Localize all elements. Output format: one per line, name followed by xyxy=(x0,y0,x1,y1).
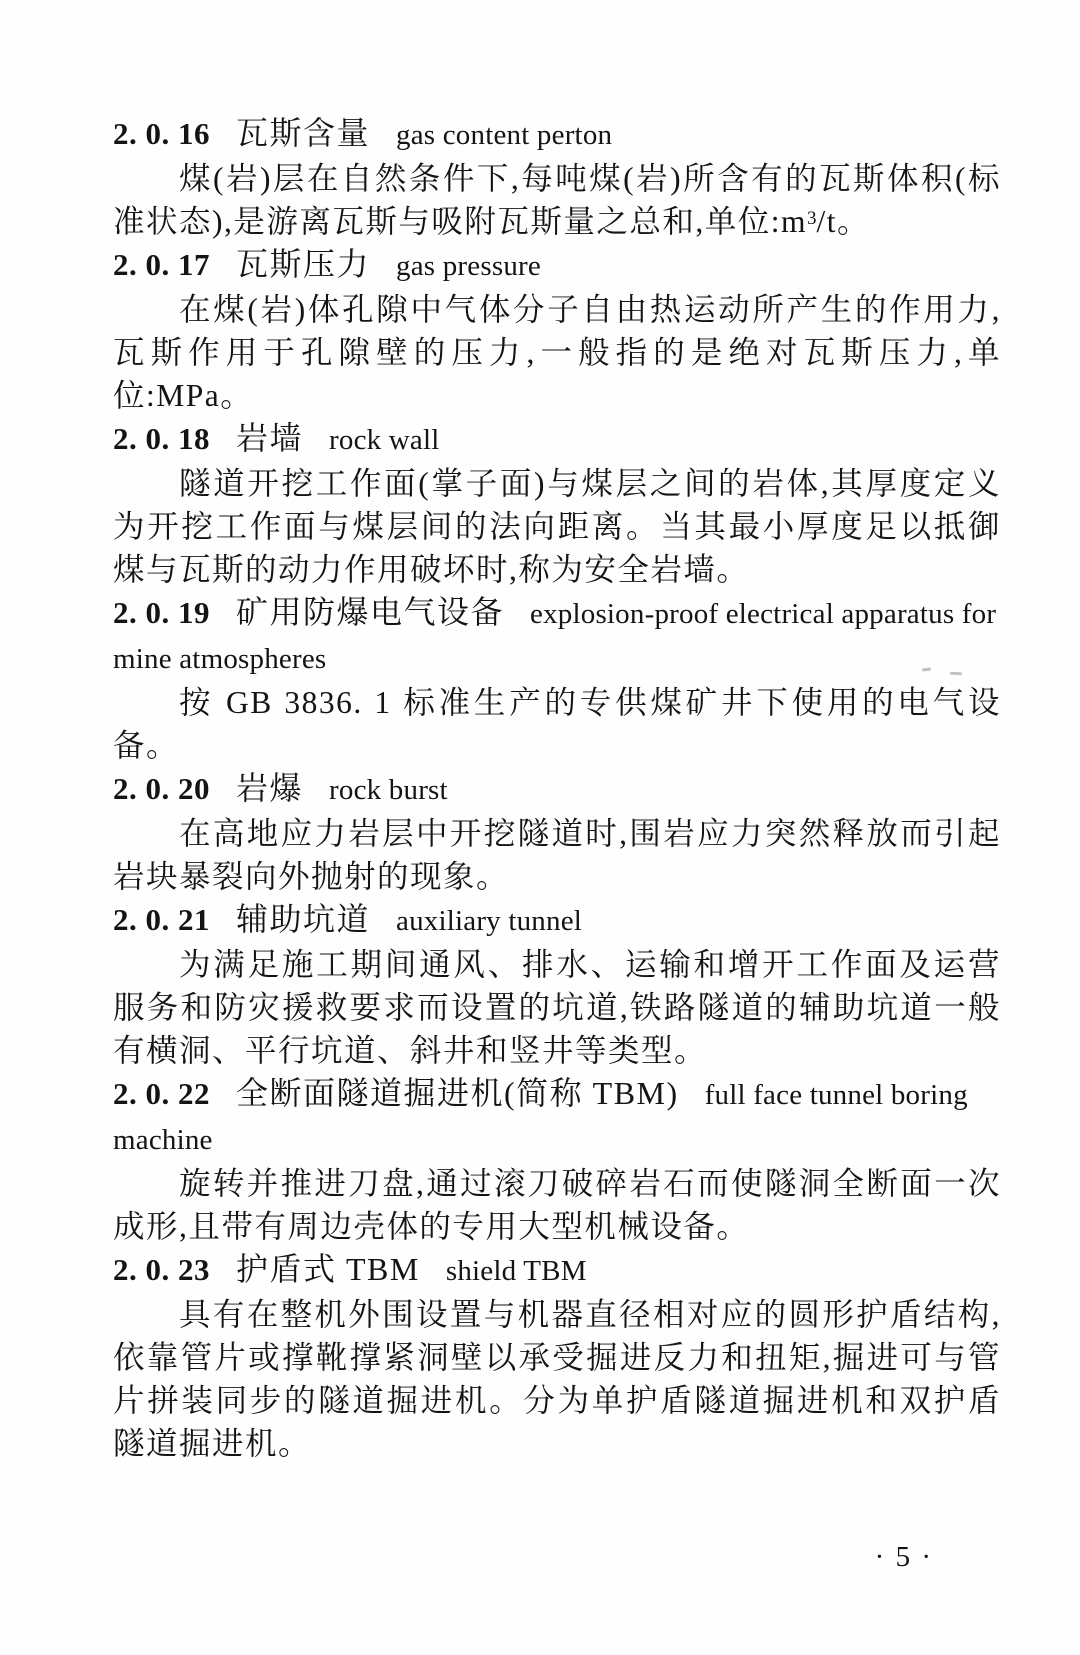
term-number: 2. 0. 17 xyxy=(113,247,210,282)
term-chinese: 矿用防爆电气设备 xyxy=(236,594,504,630)
term-heading: 2. 0. 18岩墙rock wall xyxy=(113,417,1001,462)
definition-text-tail: /t。 xyxy=(817,204,871,239)
term-entry-2-0-21: 2. 0. 21辅助坑道auxiliary tunnel 为满足施工期间通风、排… xyxy=(113,898,1001,1072)
term-chinese: 岩爆 xyxy=(236,770,303,806)
term-entry-2-0-19: 2. 0. 19矿用防爆电气设备explosion-proof electric… xyxy=(113,591,1001,767)
term-entry-2-0-23: 2. 0. 23护盾式 TBMshield TBM 具有在整机外围设置与机器直径… xyxy=(113,1248,1001,1465)
term-chinese: 辅助坑道 xyxy=(236,901,370,937)
term-number: 2. 0. 21 xyxy=(113,902,210,937)
term-number: 2. 0. 23 xyxy=(113,1252,210,1287)
term-chinese: 岩墙 xyxy=(236,420,303,456)
document-page: 2. 0. 16瓦斯含量gas content perton 煤(岩)层在自然条… xyxy=(0,0,1080,1655)
term-number: 2. 0. 20 xyxy=(113,771,210,806)
term-chinese: 护盾式 TBM xyxy=(236,1251,420,1287)
term-number: 2. 0. 18 xyxy=(113,421,210,456)
term-chinese: 全断面隧道掘进机(简称 TBM) xyxy=(236,1075,679,1111)
term-english: rock wall xyxy=(329,424,440,456)
term-english: rock burst xyxy=(329,774,448,806)
term-heading: 2. 0. 20岩爆rock burst xyxy=(113,767,1001,812)
term-entry-2-0-20: 2. 0. 20岩爆rock burst 在高地应力岩层中开挖隧道时,围岩应力突… xyxy=(113,767,1001,898)
term-number: 2. 0. 22 xyxy=(113,1076,210,1111)
term-chinese: 瓦斯含量 xyxy=(236,115,370,151)
term-heading: 2. 0. 16瓦斯含量gas content perton xyxy=(113,112,1001,157)
term-definition: 煤(岩)层在自然条件下,每吨煤(岩)所含有的瓦斯体积(标准状态),是游离瓦斯与吸… xyxy=(113,157,1001,243)
term-heading: 2. 0. 23护盾式 TBMshield TBM xyxy=(113,1248,1001,1293)
term-number: 2. 0. 19 xyxy=(113,595,210,630)
term-number: 2. 0. 16 xyxy=(113,116,210,151)
term-definition: 具有在整机外围设置与机器直径相对应的圆形护盾结构,依靠管片或撑靴撑紧洞壁以承受掘… xyxy=(113,1293,1001,1465)
term-entry-2-0-16: 2. 0. 16瓦斯含量gas content perton 煤(岩)层在自然条… xyxy=(113,112,1001,243)
term-definition: 按 GB 3836. 1 标准生产的专供煤矿井下使用的电气设备。 xyxy=(113,681,1001,767)
terminology-section: 2. 0. 16瓦斯含量gas content perton 煤(岩)层在自然条… xyxy=(113,112,1001,1579)
term-english: gas pressure xyxy=(396,250,541,282)
term-definition: 在煤(岩)体孔隙中气体分子自由热运动所产生的作用力,瓦斯作用于孔隙壁的压力,一般… xyxy=(113,288,1001,417)
term-heading: 2. 0. 22全断面隧道掘进机(简称 TBM)full face tunnel… xyxy=(113,1072,1001,1162)
term-heading: 2. 0. 21辅助坑道auxiliary tunnel xyxy=(113,898,1001,943)
term-heading: 2. 0. 17瓦斯压力gas pressure xyxy=(113,243,1001,288)
term-english: gas content perton xyxy=(396,119,612,151)
superscript-exponent: 3 xyxy=(807,208,817,229)
term-entry-2-0-18: 2. 0. 18岩墙rock wall 隧道开挖工作面(掌子面)与煤层之间的岩体… xyxy=(113,417,1001,591)
term-entry-2-0-17: 2. 0. 17瓦斯压力gas pressure 在煤(岩)体孔隙中气体分子自由… xyxy=(113,243,1001,417)
term-definition: 为满足施工期间通风、排水、运输和增开工作面及运营服务和防灾援救要求而设置的坑道,… xyxy=(113,943,1001,1072)
term-chinese: 瓦斯压力 xyxy=(236,246,370,282)
term-heading: 2. 0. 19矿用防爆电气设备explosion-proof electric… xyxy=(113,591,1001,681)
term-definition: 在高地应力岩层中开挖隧道时,围岩应力突然释放而引起岩块暴裂向外抛射的现象。 xyxy=(113,812,1001,898)
term-definition: 旋转并推进刀盘,通过滚刀破碎岩石而使隧洞全断面一次成形,且带有周边壳体的专用大型… xyxy=(113,1162,1001,1248)
term-english: auxiliary tunnel xyxy=(396,905,582,937)
term-entry-2-0-22: 2. 0. 22全断面隧道掘进机(简称 TBM)full face tunnel… xyxy=(113,1072,1001,1248)
page-number: · 5 · xyxy=(113,1536,1001,1579)
term-english: shield TBM xyxy=(446,1255,587,1287)
term-definition: 隧道开挖工作面(掌子面)与煤层之间的岩体,其厚度定义为开挖工作面与煤层间的法向距… xyxy=(113,462,1001,591)
